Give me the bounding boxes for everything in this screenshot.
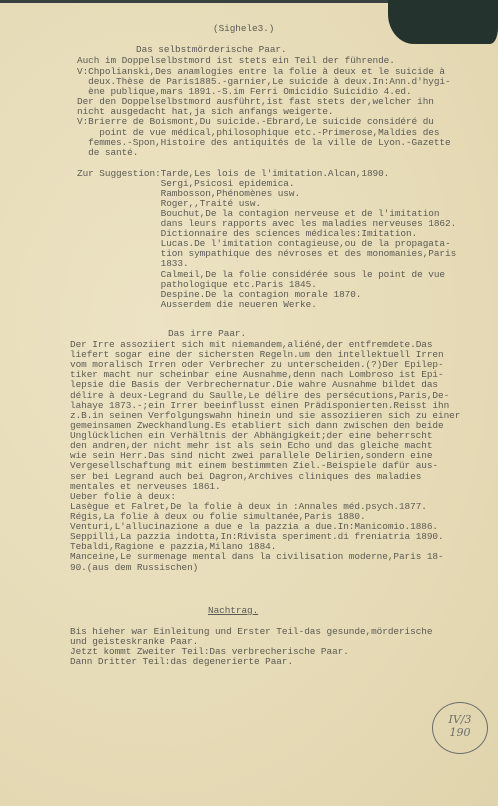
text-line: Auch im Doppelselbstmord ist stets ein T… xyxy=(77,56,395,66)
archive-stamp-signature: IV/3 xyxy=(433,713,487,726)
section-title: Das selbstmörderische Paar. xyxy=(136,45,287,55)
section-title: Nachtrag. xyxy=(208,606,258,616)
page-header: (Sighele3.) xyxy=(213,24,274,34)
text-line: 1833. xyxy=(77,259,189,269)
ink-blot-drip xyxy=(448,28,476,38)
text-line: Manceine,Le surmenage mental dans la civ… xyxy=(70,552,444,562)
text-line: 90.(aus dem Russischen) xyxy=(70,563,198,573)
text-line: Ausserdem die neueren Werke. xyxy=(77,300,317,310)
text-line: lepsie die Basis der Verbrechernatur.Die… xyxy=(70,380,438,390)
ink-blot xyxy=(388,0,498,44)
text-line: Vergesellschaftung mit einem bestimmten … xyxy=(70,461,438,471)
text-line: Dann Dritter Teil:das degenerierte Paar. xyxy=(70,657,293,667)
archive-stamp-page: 190 xyxy=(433,726,487,739)
section-title: Das irre Paar. xyxy=(168,329,246,339)
text-line: V:Brierre de Boismont,Du suicide.-Ebrard… xyxy=(77,117,434,127)
text-line: de santé. xyxy=(77,148,138,158)
archive-stamp: IV/3 190 xyxy=(432,702,488,754)
